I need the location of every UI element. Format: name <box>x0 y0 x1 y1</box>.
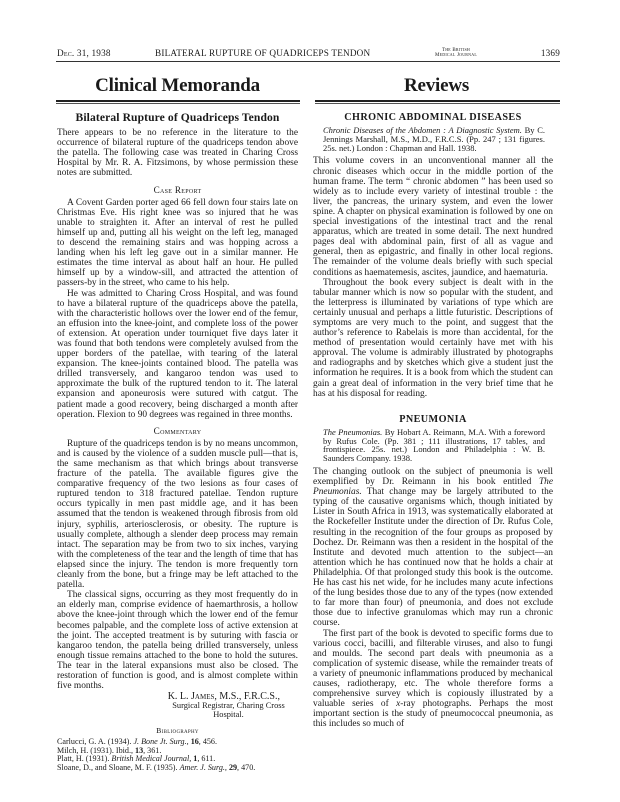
review-citation: Chronic Diseases of the Abdomen : A Diag… <box>323 126 545 152</box>
running-title: BILATERAL RUPTURE OF QUADRICEPS TENDON <box>155 48 370 58</box>
review-paragraph: This volume covers in an unconventional … <box>313 156 553 277</box>
text-run: The changing outlook on the subject of p… <box>313 467 553 487</box>
ref-source: Amer. J. Surg., <box>180 763 227 772</box>
ref-page: , 456. <box>199 737 217 746</box>
review-heading: PNEUMONIA <box>313 415 553 425</box>
review-separator <box>313 399 553 415</box>
review-paragraph: The first part of the book is devoted to… <box>313 629 553 730</box>
case-report-paragraph: He was admitted to Charing Cross Hospita… <box>57 289 298 420</box>
case-report-heading: Case Report <box>57 185 298 195</box>
author-signature: K. L. James, M.S., F.R.C.S., Surgical Re… <box>57 692 298 720</box>
section-divider-right <box>315 100 560 105</box>
reviews-column: CHRONIC ABDOMINAL DISEASES Chronic Disea… <box>313 113 553 729</box>
section-title-reviews: Reviews <box>313 75 560 97</box>
memorandum-column: Bilateral Rupture of Quadriceps Tendon T… <box>57 113 298 772</box>
author-role: Surgical Registrar, Charing Cross Hospit… <box>167 702 290 720</box>
commentary-paragraph: The classical signs, occurring as they m… <box>57 590 298 691</box>
section-divider-left <box>56 100 300 105</box>
running-head: Dec. 31, 1938 BILATERAL RUPTURE OF QUADR… <box>57 48 560 62</box>
commentary-heading: Commentary <box>57 426 298 436</box>
intro-paragraph: There appears to be no reference in the … <box>57 128 298 178</box>
ref-author: Sloane, D., and Sloane, M. F. (1935). <box>57 763 178 772</box>
journal-name-line1: The British <box>442 48 470 53</box>
page-number: 1369 <box>541 48 560 58</box>
section-title-clinical-memoranda: Clinical Memoranda <box>57 75 298 97</box>
bibliography-entry: Sloane, D., and Sloane, M. F. (1935). Am… <box>57 764 298 773</box>
review-citation: The Pneumonias. By Hobart A. Reimann, M.… <box>323 428 545 463</box>
header-divider <box>56 61 560 62</box>
case-report-paragraph: A Covent Garden porter aged 66 fell down… <box>57 198 298 289</box>
journal-page: Dec. 31, 1938 BILATERAL RUPTURE OF QUADR… <box>0 0 620 802</box>
journal-name-line2: Medical Journal <box>435 53 477 58</box>
text-run: That change may be largely attributed to… <box>313 487 553 628</box>
ref-page: , 470. <box>237 763 255 772</box>
article-title: Bilateral Rupture of Quadriceps Tendon <box>57 113 298 123</box>
ref-volume: 29 <box>229 763 237 772</box>
journal-masthead: The British Medical Journal <box>435 48 477 59</box>
review-heading: CHRONIC ABDOMINAL DISEASES <box>313 113 553 123</box>
bibliography-list: Carlucci, G. A. (1934). J. Bone Jt. Surg… <box>57 738 298 772</box>
review-paragraph: The changing outlook on the subject of p… <box>313 467 553 629</box>
text-run: The first part of the book is devoted to… <box>313 629 553 710</box>
bibliography-heading: Bibliography <box>57 726 298 736</box>
review-paragraph: Throughout the book every subject is dea… <box>313 278 553 399</box>
ref-volume: 16 <box>191 737 199 746</box>
issue-date: Dec. 31, 1938 <box>57 48 111 58</box>
commentary-paragraph: Rupture of the quadriceps tendon is by n… <box>57 439 298 590</box>
